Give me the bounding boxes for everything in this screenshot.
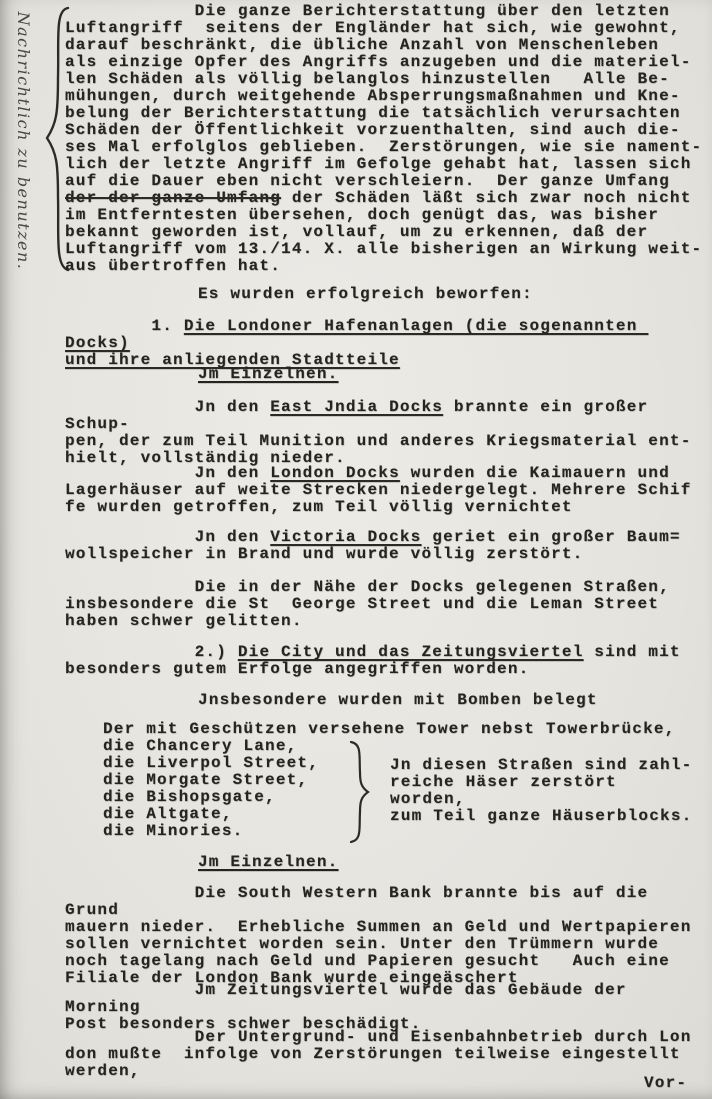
streets-near-docks-paragraph: Die in der Nähe der Docks gelegenen Stra… <box>65 579 710 630</box>
intro-paragraph: Die ganze Berichterstattung über den let… <box>65 3 710 275</box>
banks-paragraph: Die South Western Bank brannte bis auf d… <box>65 885 710 987</box>
london-docks-paragraph: Jn den London Docks wurden die Kaimauern… <box>65 465 710 516</box>
newspaper-quarter-paragraph: Jm Zeitungsviertel wurde das Gebäude der… <box>65 982 710 1033</box>
bombed-streets-note: Jn diesen Straßen sind zahl- reiche Häse… <box>390 757 700 825</box>
east-india-docks-paragraph: Jn den East Jndia Docks brannte ein groß… <box>65 399 710 467</box>
thrown-heading: Es wurden erfolgreich beworfen: <box>198 286 533 303</box>
detail-heading-2: Jm Einzelnen. <box>198 854 338 871</box>
section1-heading: 1. Die Londoner Hafenanlagen (die sogena… <box>65 318 710 369</box>
bombs-intro-line: Jnsbesondere wurden mit Bomben belegt <box>198 692 598 709</box>
handwritten-marginalia: Nachrichtlich zu benutzen. <box>9 10 33 272</box>
section2-heading: 2.) Die City und das Zeitungsviertel sin… <box>65 644 710 678</box>
page-catchword: Vor- <box>644 1074 687 1092</box>
scanned-document-page: Nachrichtlich zu benutzen. Die ganze Ber… <box>0 0 712 1099</box>
transport-paragraph: Der Untergrund- und Eisenbahnbetrieb dur… <box>65 1029 710 1080</box>
victoria-docks-paragraph: Jn den Victoria Docks geriet ein großer … <box>65 529 710 563</box>
hand-drawn-brace-list <box>348 740 370 844</box>
detail-heading-1: Jm Einzelnen. <box>198 366 338 383</box>
